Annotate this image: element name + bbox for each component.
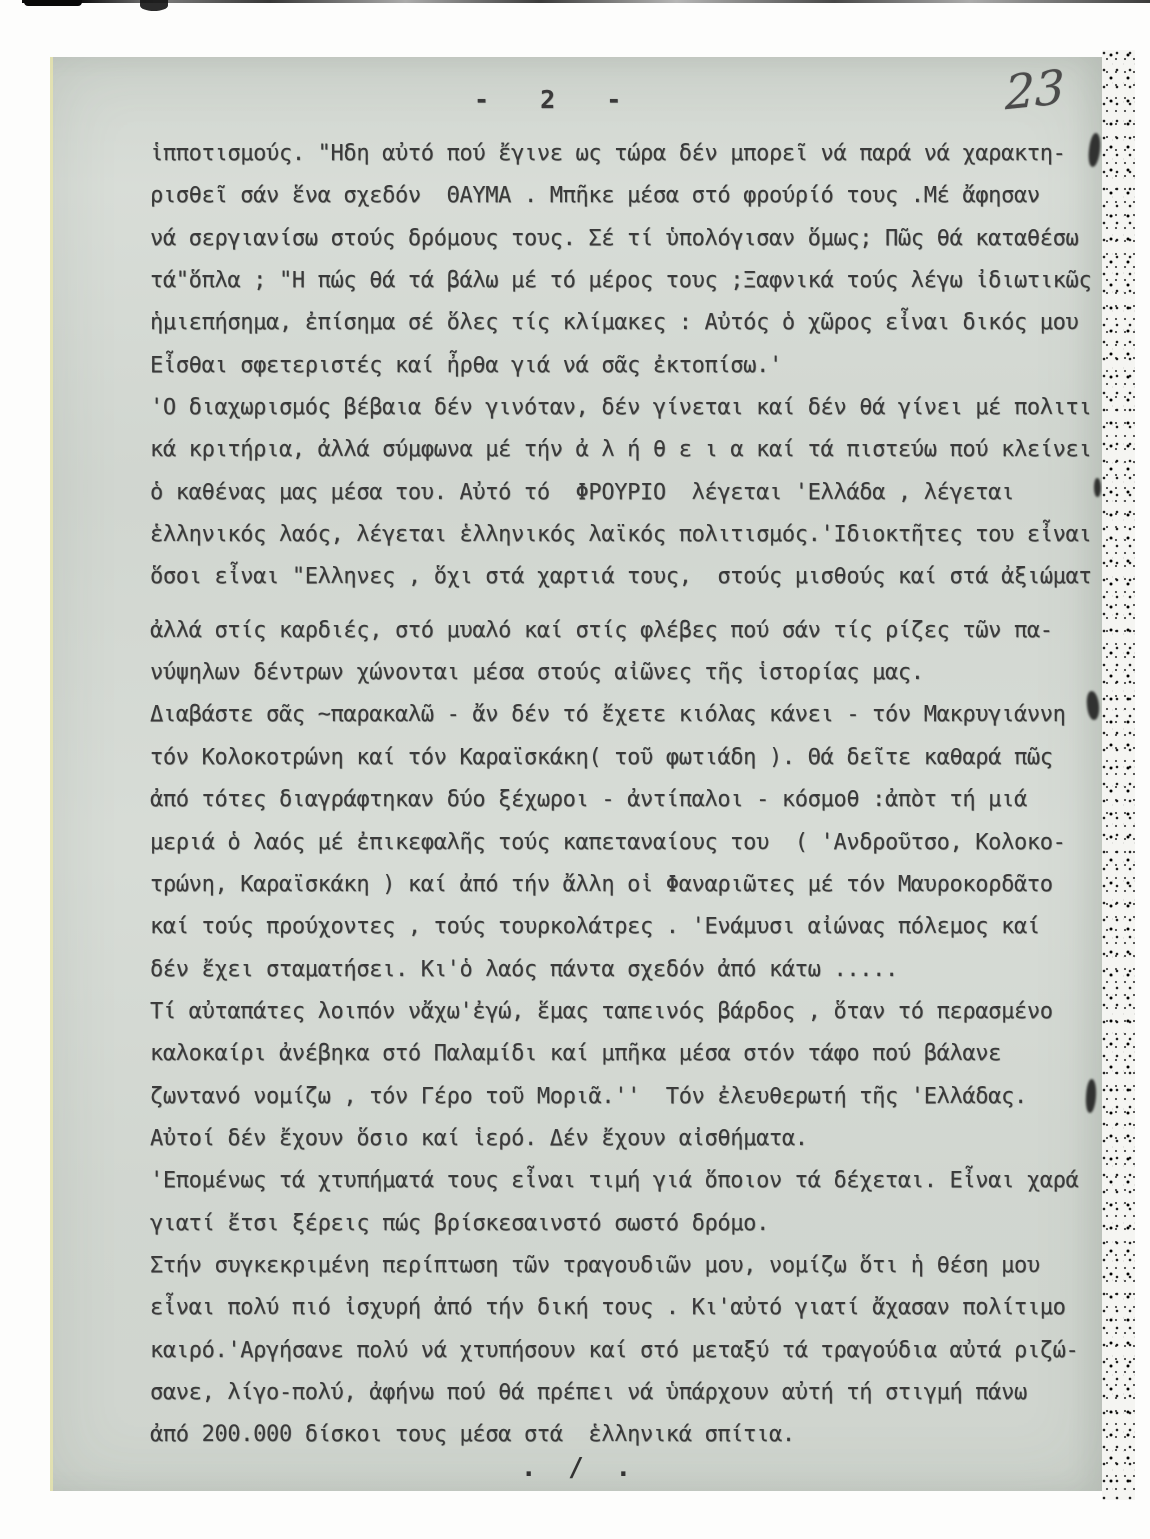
typewritten-line: ὁ καθένας μας μέσα του. Αὐτό τό ΦΡΟΥΡΙΟ … xyxy=(150,480,1102,522)
handwritten-page-number: 23 xyxy=(1005,60,1064,122)
typewritten-line: τρώνη, Καραϊσκάκη ) καί ἀπό τήν ἄλλη οἱ … xyxy=(150,872,1102,914)
paper-edge-sliver xyxy=(50,57,53,1491)
typewritten-line: Διαβάστε σᾶς ~παρακαλῶ - ἄν δέν τό ἔχετε… xyxy=(150,702,1102,744)
document-page: - 2 - 23 ἱπποτισμούς. "Ηδη αὐτό πού ἔγιν… xyxy=(50,57,1102,1491)
scan-artifact-blob xyxy=(140,0,168,11)
scan-artifact-blob xyxy=(24,0,82,6)
typewritten-line: ἀλλά στίς καρδιές, στό μυαλό καί στίς φλ… xyxy=(150,618,1102,660)
footer-continuation-mark: . / . xyxy=(476,1453,676,1483)
typewritten-line: σανε, λίγο-πολύ, ἀφήνω πού θά πρέπει νά … xyxy=(150,1380,1102,1422)
typewritten-line: ὅσοι εἶναι "Ελληνες , ὅχι στά χαρτιά του… xyxy=(150,564,1102,606)
scan-artifact-top-line xyxy=(22,0,1150,3)
scan-edge-mark xyxy=(1094,478,1101,497)
typewritten-line: καιρό.'Αργήσανε πολύ νά χτυπήσουν καί στ… xyxy=(150,1338,1102,1380)
typewritten-line: καί τούς προύχοντες , τούς τουρκολάτρες … xyxy=(150,914,1102,956)
typewritten-text-block: ἱπποτισμούς. "Ηδη αὐτό πού ἔγινε ως τώρα… xyxy=(150,141,1102,1465)
typewritten-line: κά κριτήρια, ἀλλά σύμφωνα μέ τήν ἀ λ ή θ… xyxy=(150,437,1102,479)
typewritten-line: τόν Κολοκοτρώνη καί τόν Καραϊσκάκη( τοῦ … xyxy=(150,745,1102,787)
typewritten-line: ἑλληνικός λαός, λέγεται ἑλληνικός λαϊκός… xyxy=(150,522,1102,564)
typewritten-line: εἶναι πολύ πιό ἰσχυρή ἀπό τήν δική τους … xyxy=(150,1295,1102,1337)
typewritten-line: Αὐτοί δέν ἔχουν ὅσιο καί ἱερό. Δέν ἔχουν… xyxy=(150,1126,1102,1168)
typewritten-line: ρισθεῖ σάν ἕνα σχεδόν ΘΑΥΜΑ . Μπῆκε μέσα… xyxy=(150,183,1102,225)
typewritten-line: καλοκαίρι ἀνέβηκα στό Παλαμίδι καί μπῆκα… xyxy=(150,1041,1102,1083)
typewritten-line: νύψηλων δέντρων χώνονται μέσα στούς αἰῶν… xyxy=(150,660,1102,702)
typewritten-line: ἀπό τότες διαγράφτηκαν δύο ξέχωροι - ἀντ… xyxy=(150,787,1102,829)
typewritten-line: 'Ο διαχωρισμός βέβαια δέν γινόταν, δέν γ… xyxy=(150,395,1102,437)
typewritten-line: 'Επομένως τά χτυπήματά τους εἶναι τιμή γ… xyxy=(150,1168,1102,1210)
scan-background: - 2 - 23 ἱπποτισμούς. "Ηδη αὐτό πού ἔγιν… xyxy=(0,0,1150,1539)
typewritten-line: νά σεργιανίσω στούς δρόμους τους. Σέ τί … xyxy=(150,226,1102,268)
typewritten-line: τά"ὅπλα ; "Η πώς θά τά βάλω μέ τό μέρος … xyxy=(150,268,1102,310)
typewritten-line: Στήν συγκεκριμένη περίπτωση τῶν τραγουδι… xyxy=(150,1253,1102,1295)
typewritten-line: δέν ἔχει σταματήσει. Κι'ὁ λαός πάντα σχε… xyxy=(150,957,1102,999)
typewritten-line: γιατί ἔτσι ξέρεις πώς βρίσκεσαινστό σωστ… xyxy=(150,1211,1102,1253)
page-number: - 2 - xyxy=(474,85,632,114)
typewritten-line: Τί αὐταπάτες λοιπόν νἄχω'ἐγώ, ἕμας ταπει… xyxy=(150,999,1102,1041)
typewritten-line: ἡμιεπήσημα, ἐπίσημα σέ ὅλες τίς κλίμακες… xyxy=(150,310,1102,352)
scan-edge-noise xyxy=(1102,50,1135,1500)
typewritten-line: ζωντανό νομίζω , τόν Γέρο τοῦ Μοριᾶ.'' Τ… xyxy=(150,1084,1102,1126)
typewritten-line: Εἶσθαι σφετεριστές καί ἦρθα γιά νά σᾶς ἐ… xyxy=(150,353,1102,395)
typewritten-line: ἱπποτισμούς. "Ηδη αὐτό πού ἔγινε ως τώρα… xyxy=(150,141,1102,183)
typewritten-line: μεριά ὁ λαός μέ ἐπικεφαλῆς τούς καπετανα… xyxy=(150,830,1102,872)
